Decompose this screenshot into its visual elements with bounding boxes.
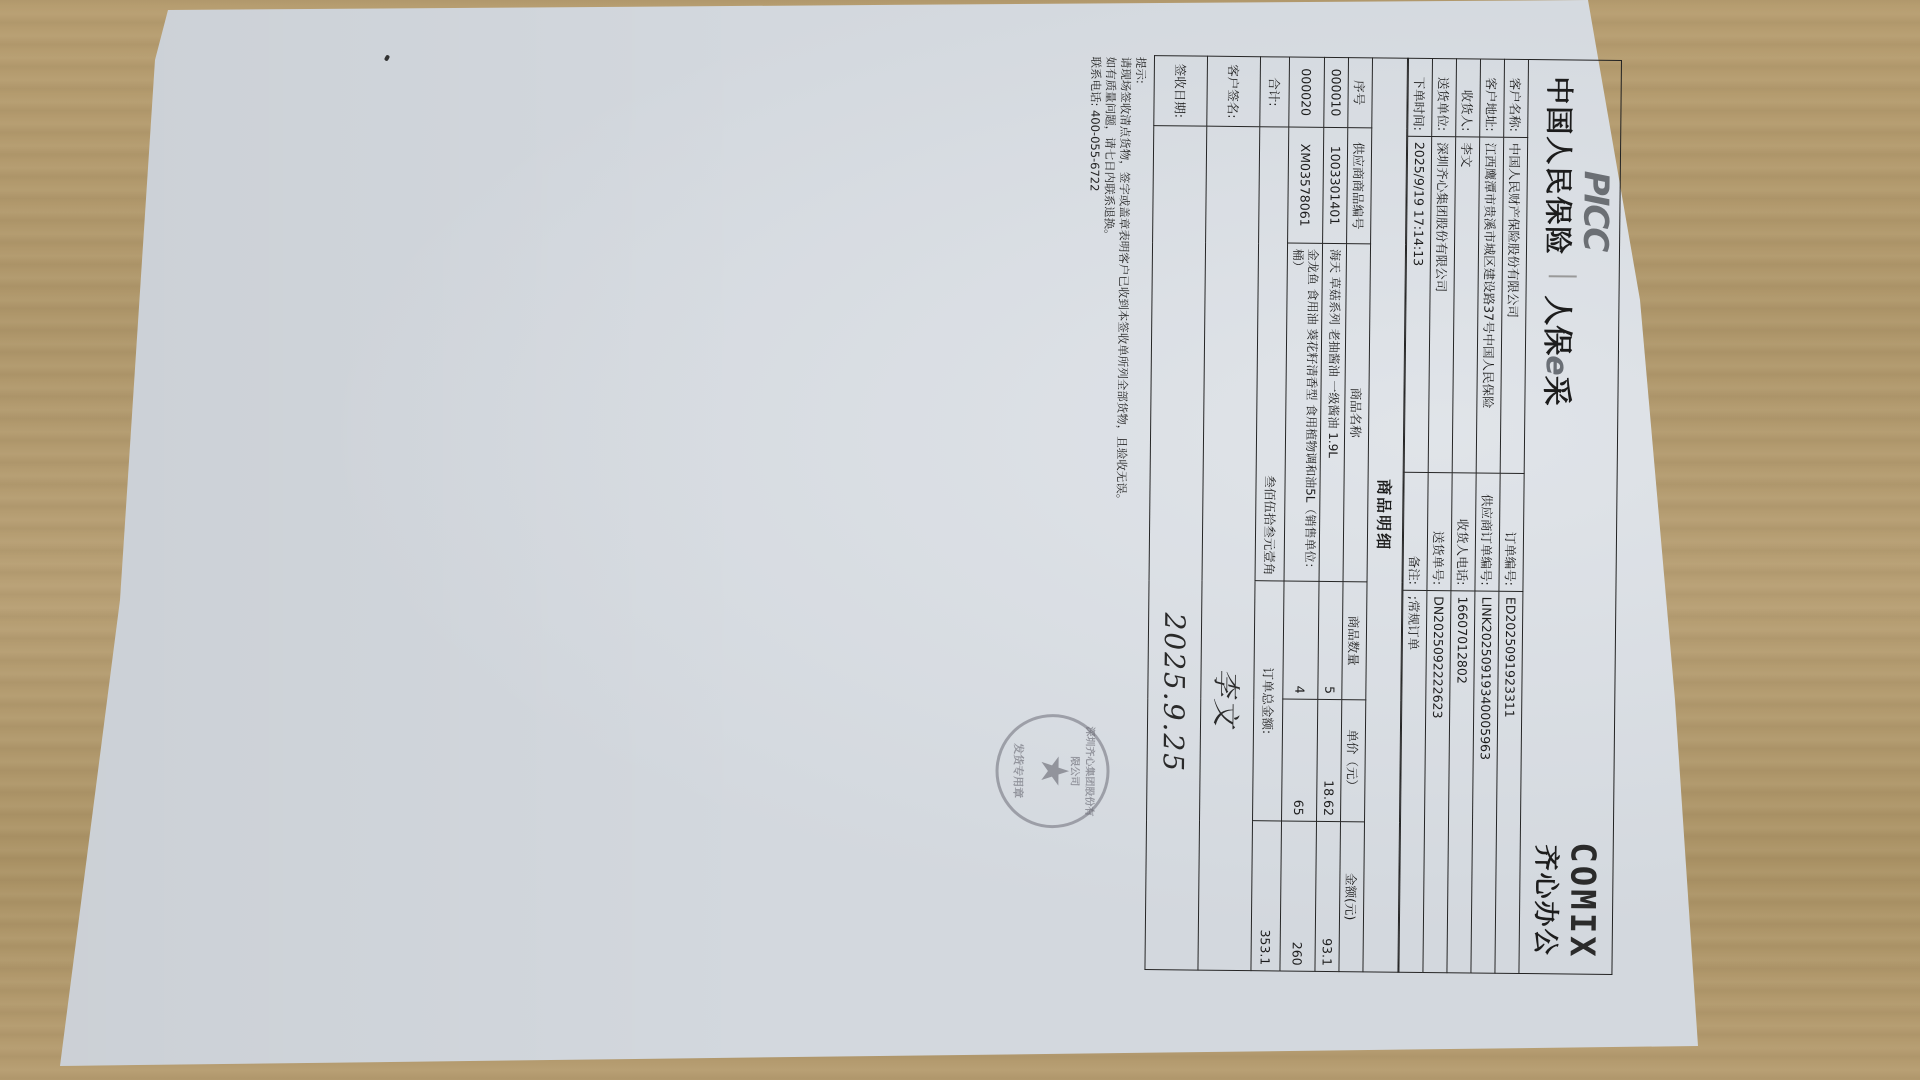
remarks-label: 备注: (1403, 472, 1428, 590)
col-header-seq: 序号 (1348, 58, 1373, 128)
handwritten-signature: 李文 (1209, 668, 1243, 728)
customer-name-label: 客户名称: (1504, 59, 1529, 137)
customer-signature-row: 客户签名: 李文 (1198, 56, 1261, 971)
brand-divider (1549, 275, 1577, 277)
customer-name-value: 中国人民财产保险股份有限公司 (1500, 137, 1528, 473)
item-seq: 000010 (1324, 57, 1349, 127)
order-number-value: ED2025091923311 (1495, 591, 1523, 973)
item-qty: 5 (1318, 581, 1343, 699)
order-info-table: 客户名称: 中国人民财产保险股份有限公司 订单编号: ED20250919233… (1398, 58, 1529, 974)
item-name: 海天 草菇系列 老抽酱油 一级酱油 1.9L (1319, 243, 1347, 581)
remarks-value: ;常规订单 (1399, 590, 1427, 972)
col-header-name: 商品名称 (1343, 244, 1371, 582)
col-header-amount: 金额(元) (1339, 822, 1365, 972)
item-code: XM03578061 (1288, 127, 1324, 243)
delivery-company-label: 送货单位: (1432, 59, 1457, 137)
sign-date-area: 2025.9.25 (1145, 126, 1207, 971)
item-seq: 000020 (1289, 57, 1325, 127)
contact-label: 联系电话: (1088, 56, 1103, 106)
delivery-company-value: 深圳齐心集团股份有限公司 (1428, 137, 1456, 473)
customer-signature-area: 李文 (1198, 126, 1260, 971)
receiver-phone-value: 16607012802 (1447, 591, 1475, 973)
item-amount: 93.1 (1315, 821, 1341, 971)
handwritten-date: 2025.9.25 (1157, 612, 1192, 773)
brand-e-icon: e (1539, 355, 1574, 376)
order-total-value: 353.1 (1251, 821, 1282, 971)
item-unit-price: 18.62 (1317, 699, 1342, 821)
comix-logo-en: COMIX (1562, 842, 1603, 960)
items-table: 商品明细 序号 供应商商品编号 商品名称 商品数量 单价（元） 金额(元) 00… (1144, 55, 1408, 973)
brand-right-suffix: 采 (1538, 376, 1573, 406)
contact-phone: 400-055-6722 (1088, 110, 1103, 192)
receiver-label: 收货人: (1456, 59, 1481, 137)
customer-sign-label: 客户签名: (1207, 56, 1261, 127)
col-header-unit-price: 单价（元） (1341, 700, 1366, 822)
brand-name-left: 中国人民保险 (1539, 76, 1581, 256)
supplier-order-number-value: LINK20250919340005963 (1471, 591, 1499, 973)
brand-name-right: 人保e采 (1537, 295, 1582, 406)
item-unit-price: 65 (1282, 699, 1318, 821)
receiver-value: 李文 (1452, 137, 1480, 473)
total-label: 合计: (1260, 57, 1290, 127)
receiver-phone-label: 收货人电话: (1451, 473, 1476, 591)
order-number-label: 订单编号: (1499, 473, 1524, 591)
item-name: 金龙鱼 食用油 葵花籽清香型 食用植物调和油5L（销售单位：桶） (1284, 243, 1323, 581)
col-header-code: 供应商商品编号 (1347, 128, 1372, 244)
delivery-receipt-document: PICC 中国人民保险 人保e采 COMIX 齐心办公 客户名称: 中国人民财产… (1002, 54, 1622, 975)
item-amount: 260 (1280, 821, 1317, 971)
brand-right-prefix: 人保 (1539, 295, 1575, 355)
company-seal-stamp: 深圳齐心集团股份有限公司 ★ 发货专用章 (995, 713, 1110, 828)
customer-address-value: 江西鹰潭市贵溪市城区建设路37号中国人民保险 (1476, 137, 1504, 473)
picc-logo: PICC (1575, 171, 1616, 251)
item-qty: 4 (1283, 581, 1319, 699)
order-time-value: 2025/9/19 17:14:13 (1404, 136, 1432, 472)
order-total-label: 订单总金额: (1253, 581, 1285, 821)
sign-date-label: 签收日期: (1154, 56, 1208, 127)
delivery-number-label: 送货单号: (1427, 472, 1452, 590)
delivery-number-value: DN2025092222623 (1423, 590, 1451, 972)
customer-address-label: 客户地址: (1480, 59, 1505, 137)
item-code: 1003301401 (1323, 127, 1348, 243)
supplier-order-number-label: 供应商订单编号: (1475, 473, 1500, 591)
total-in-words: 叁佰伍拾叁元壹角 (1255, 127, 1289, 581)
tips-section: 提示: 请现场签收清点货物，签字或盖章表明客户已收到本签收单所列全部货物，且验收… (1078, 54, 1148, 970)
star-icon: ★ (1032, 717, 1077, 825)
col-header-qty: 商品数量 (1342, 582, 1367, 700)
comix-logo: COMIX 齐心办公 (1529, 842, 1603, 960)
comix-logo-cn: 齐心办公 (1529, 842, 1567, 960)
receipt-header: PICC 中国人民保险 人保e采 COMIX 齐心办公 (1519, 59, 1622, 975)
stamp-bottom-text: 发货专用章 (1010, 717, 1027, 825)
sign-date-row: 签收日期: 2025.9.25 (1145, 56, 1208, 971)
order-time-label: 下单时间: (1408, 58, 1433, 136)
